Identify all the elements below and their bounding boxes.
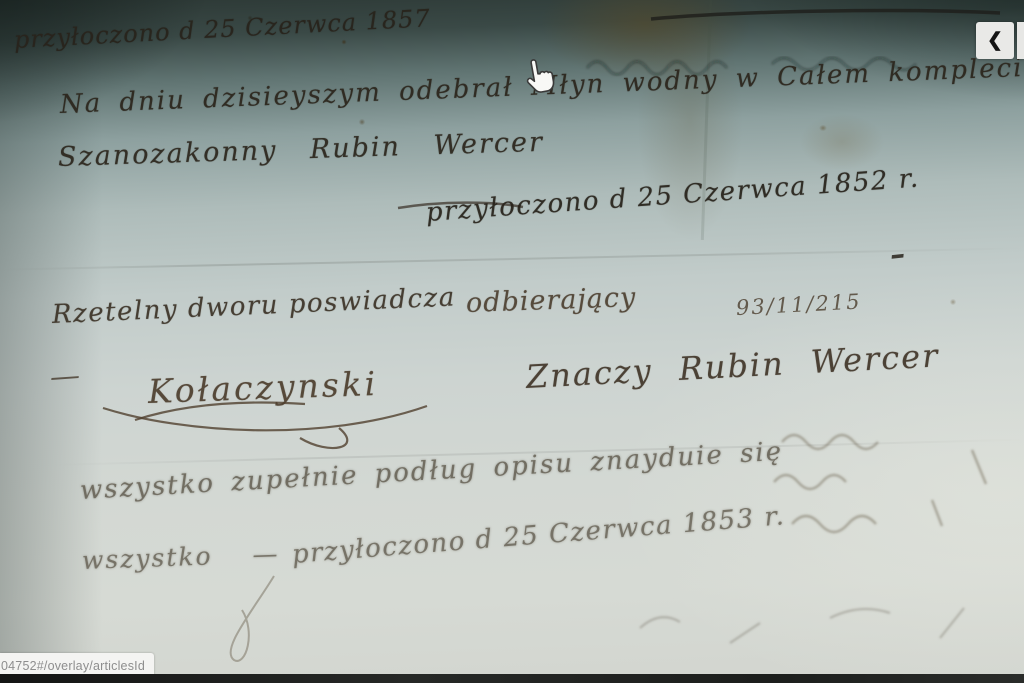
screen-bottom-edge (0, 674, 1024, 683)
pen-stroke-top (648, 6, 1004, 24)
previous-page-button[interactable]: ❮ (976, 22, 1014, 59)
bleedthrough-writing (582, 46, 992, 80)
next-button-edge[interactable] (1017, 22, 1024, 59)
viewer-screen: przyłoczono d 25 Czerwca 1857 Na dniu dz… (0, 0, 1024, 683)
paper-fold (701, 0, 712, 240)
body-line-2: Szanozakonny Rubin Wercer (58, 127, 545, 173)
note-1852: przyłoczono d 25 Czerwca 1852 r. (425, 164, 921, 228)
pen-descender (212, 572, 292, 667)
bleedthrough-writing (610, 588, 1010, 663)
paper-crease (0, 247, 1024, 270)
pen-dash-right: – (888, 237, 907, 273)
note-1857: przyłoczono d 25 Czerwca 1857 (13, 4, 431, 54)
pen-dash-left: — (49, 358, 81, 395)
note-1853: przyłoczono d 25 Czerwca 1853 r. (291, 501, 786, 570)
pen-swash (396, 200, 526, 212)
receiver-word: odbierający (465, 282, 636, 319)
signature-kolaczynski: Kołaczynski (147, 364, 378, 411)
closing-line-1: wszystko zupełnie podług opisu znayduie … (79, 437, 784, 506)
bleedthrough-writing (772, 420, 1017, 570)
closing-line-2: wszystko — (81, 539, 279, 575)
status-url-text: 04752#/overlay/articlesId (0, 659, 145, 673)
signature-wercer: Znaczy Rubin Wercer (525, 336, 940, 396)
attestation-line: Rzetelny dworu poswiadcza (51, 282, 456, 330)
body-line-1: Na dniu dzisieyszym odebrał Młyn wodny w… (59, 52, 1024, 120)
signature-flourish (95, 390, 435, 452)
manuscript-photo[interactable]: przyłoczono d 25 Czerwca 1857 Na dniu dz… (0, 0, 1024, 683)
chevron-left-icon: ❮ (987, 29, 1003, 52)
paper-crease (0, 439, 1024, 468)
hebrew-signature: 93/11/215 (735, 289, 862, 320)
